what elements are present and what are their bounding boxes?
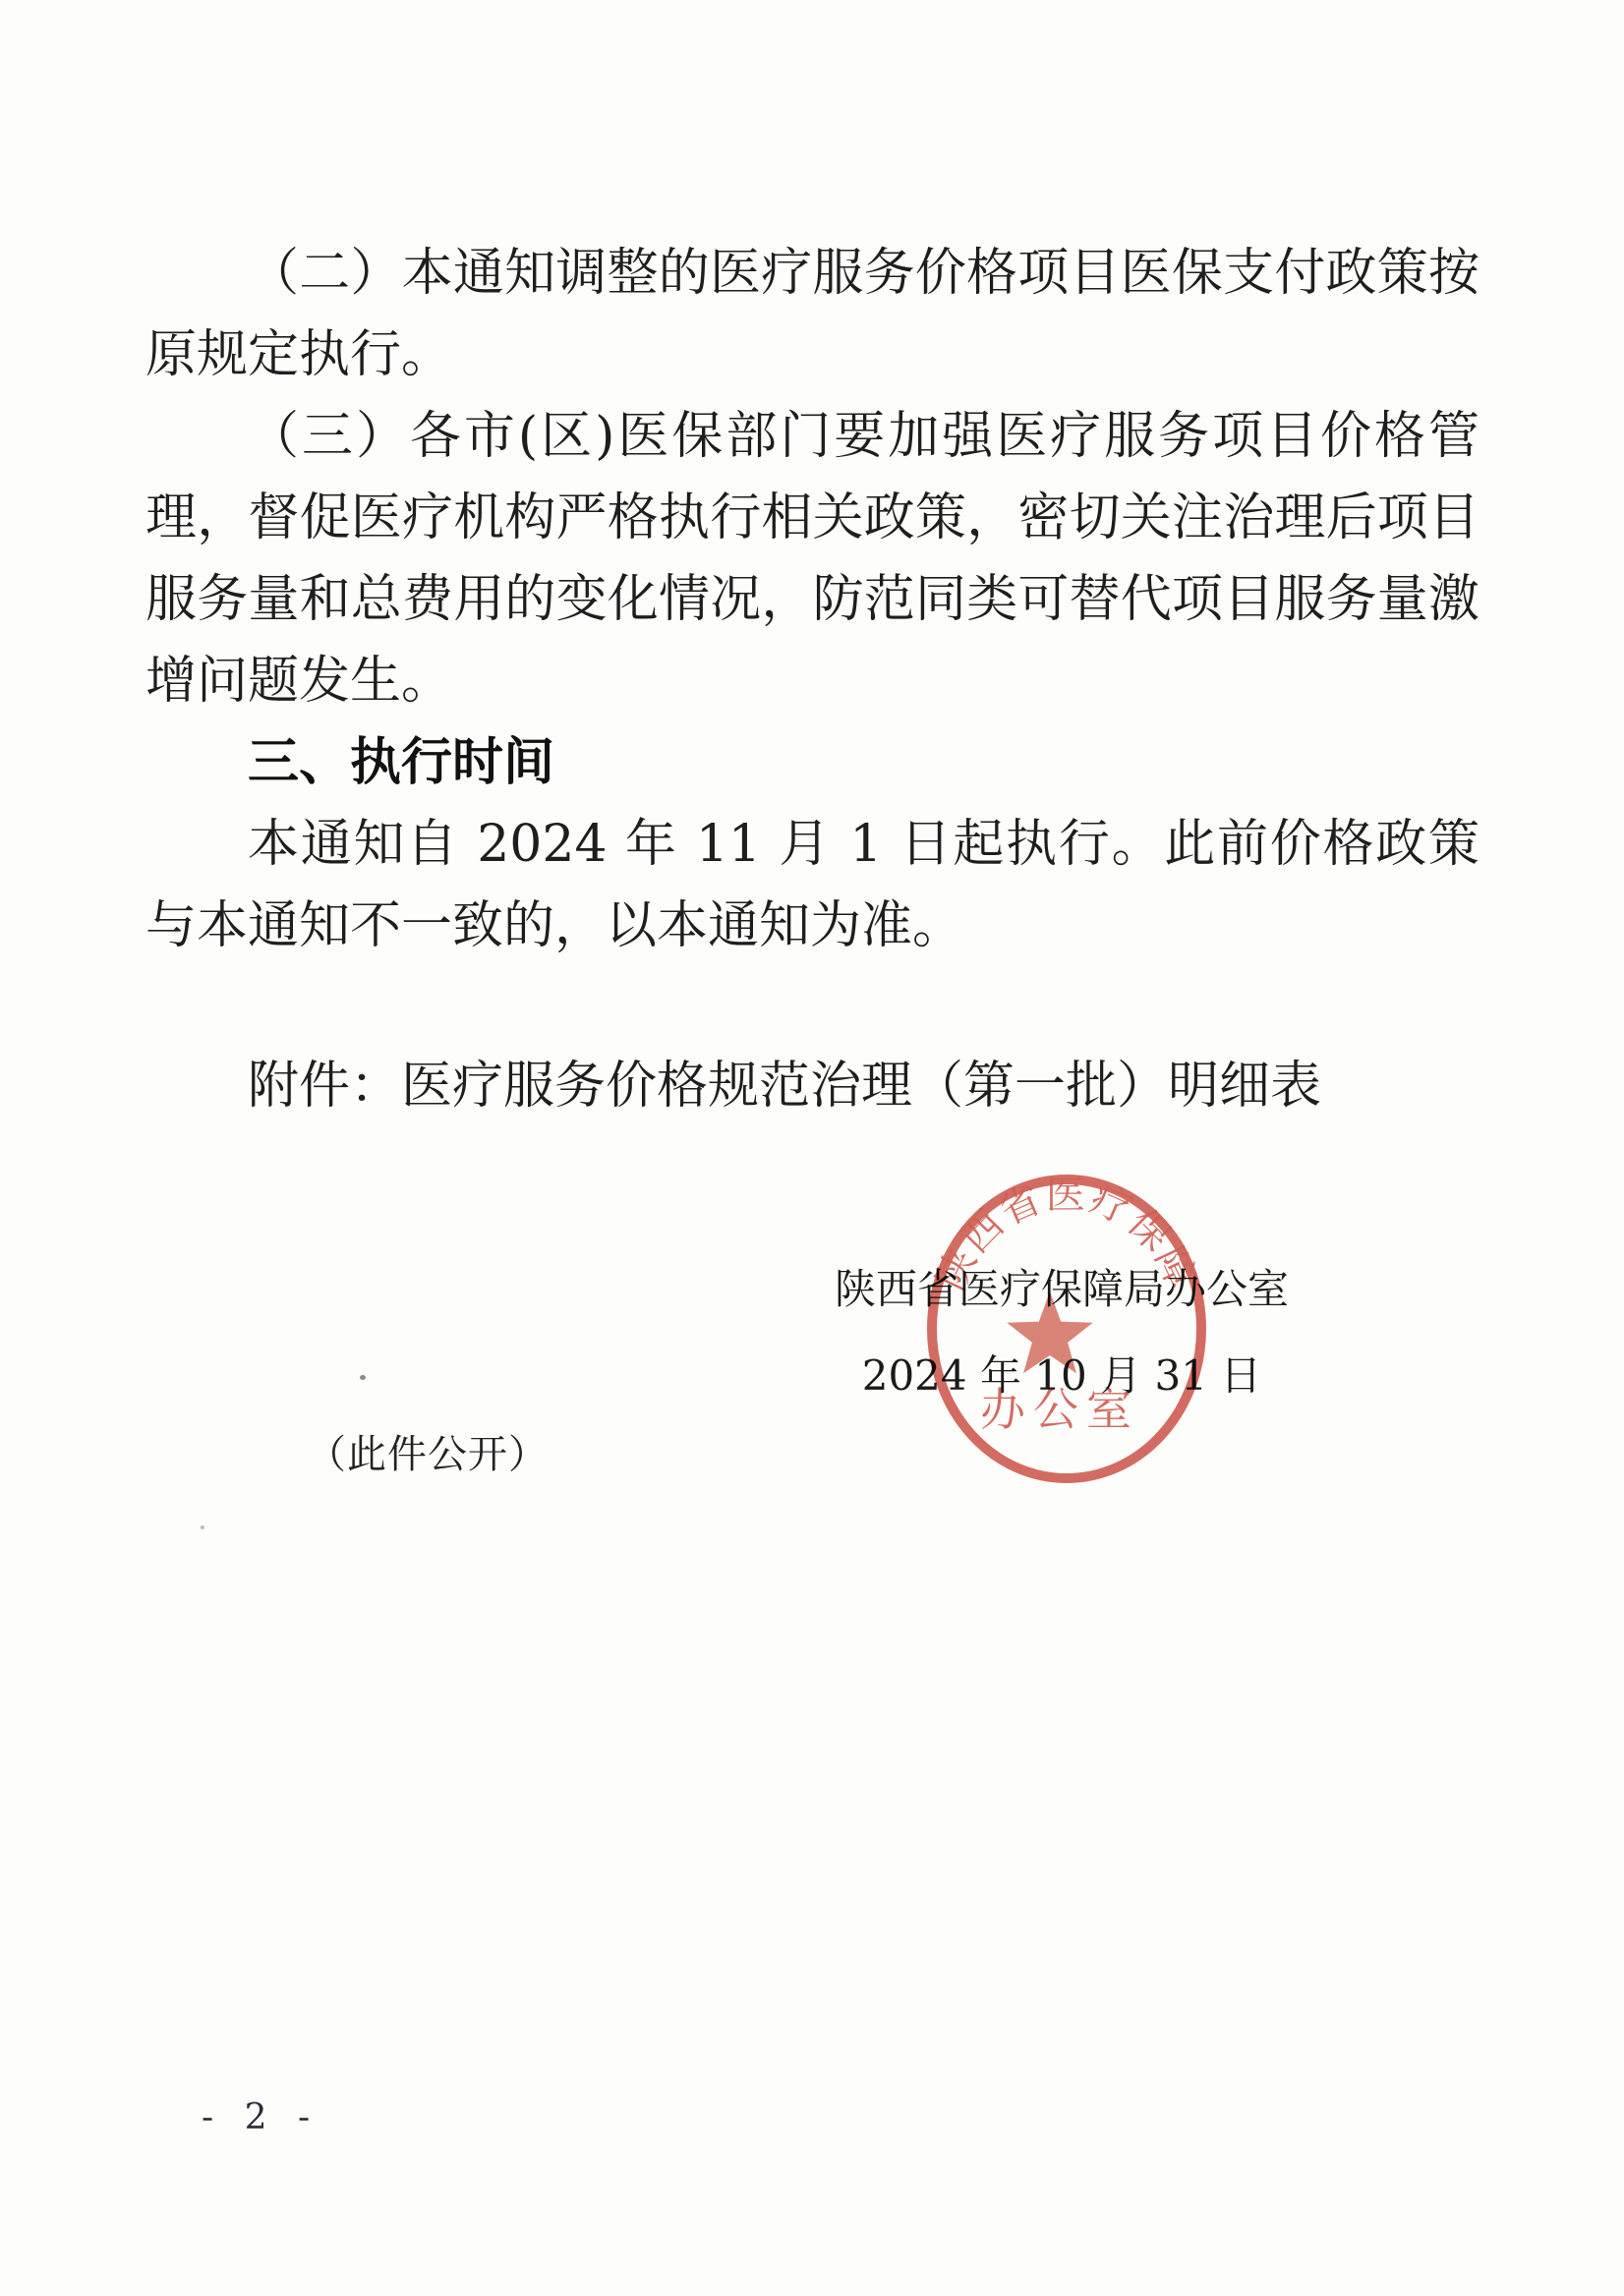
document-page: （二）本通知调整的医疗服务价格项目医保支付政策按原规定执行。 （三）各市(区)医… (0, 0, 1624, 2296)
seal-bottom-text: 办公室 (980, 1383, 1139, 1436)
paragraph-execution: 本通知自 2024 年 11 月 1 日起执行。此前价格政策与本通知不一致的，以… (145, 804, 1479, 967)
ink-speck (201, 1525, 204, 1529)
official-seal: 陕西省医疗保障局 办公室 (920, 1166, 1213, 1492)
seal-arc-text: 陕西省医疗保障局 (920, 1166, 1204, 1297)
paragraph-management: （三）各市(区)医保部门要加强医疗服务项目价格管理，督促医疗机构严格执行相关政策… (145, 396, 1479, 722)
attachment-line: 附件：医疗服务价格规范治理（第一批）明细表 (145, 1046, 1479, 1127)
publicity-note: （此件公开） (307, 1423, 549, 1479)
body-text: （二）本通知调整的医疗服务价格项目医保支付政策按原规定执行。 （三）各市(区)医… (145, 233, 1479, 1127)
star-icon (1007, 1291, 1092, 1373)
ink-speck (360, 1375, 366, 1380)
svg-text:陕西省医疗保障局: 陕西省医疗保障局 (920, 1166, 1204, 1297)
paragraph-policy: （二）本通知调整的医疗服务价格项目医保支付政策按原规定执行。 (145, 233, 1479, 396)
section-heading: 三、执行时间 (145, 722, 1479, 804)
page-number: - 2 - (202, 2097, 319, 2138)
